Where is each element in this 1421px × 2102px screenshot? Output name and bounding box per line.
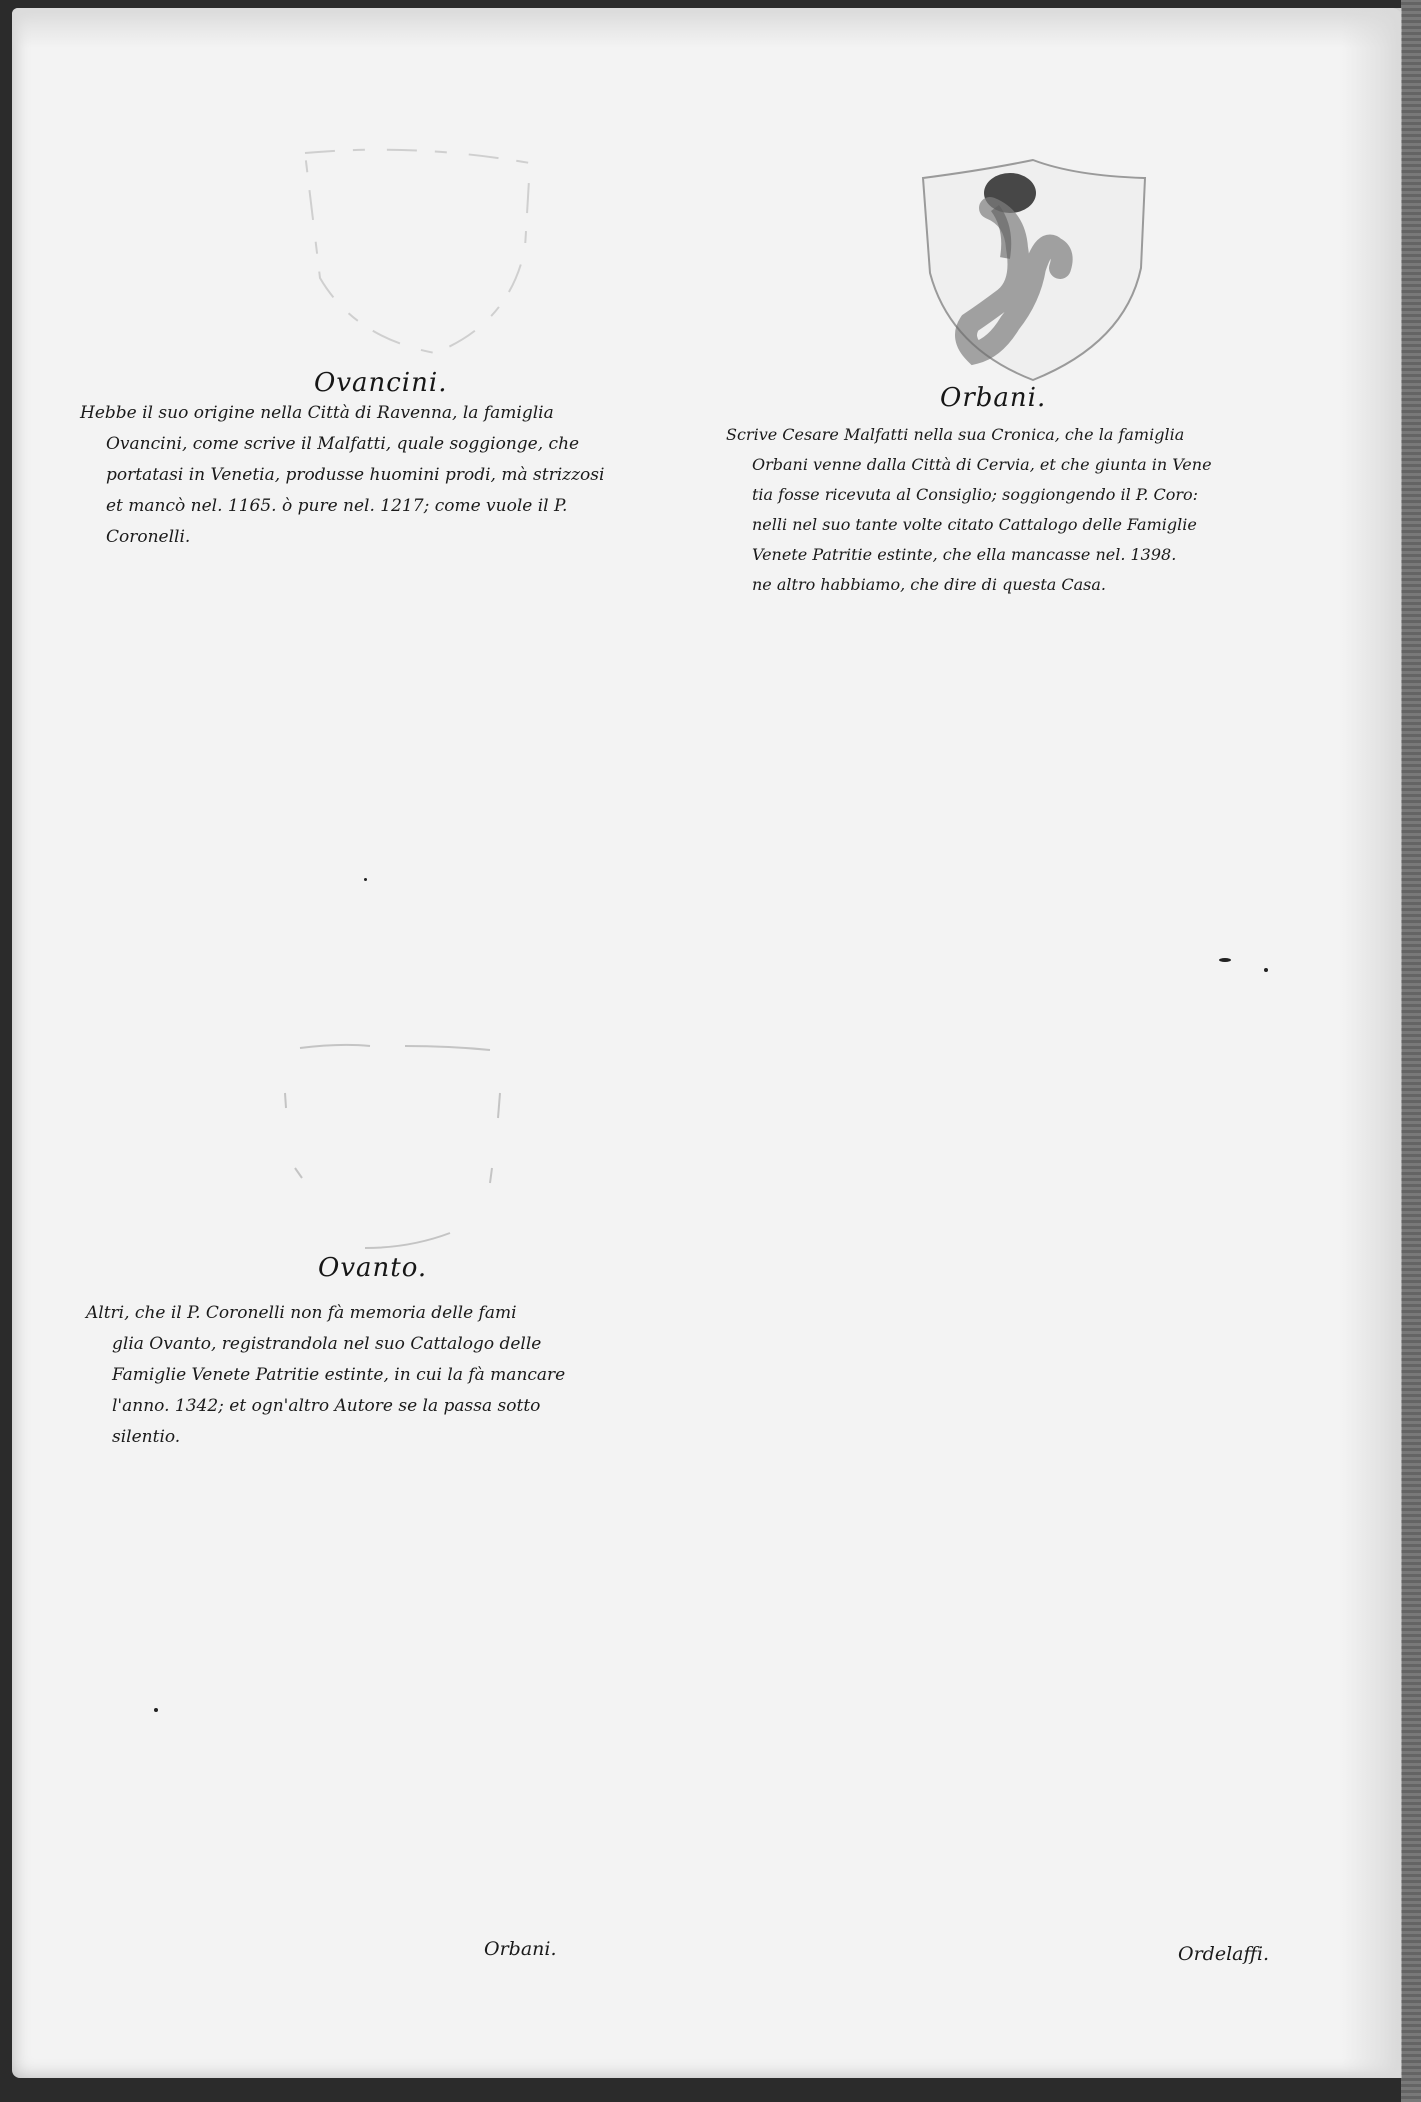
text-line: glia Ovanto, registrandola nel suo Catta…	[86, 1329, 565, 1360]
text-line: Ovancini, come scrive il Malfatti, quale…	[80, 429, 604, 460]
text-line: l'anno. 1342; et ogn'altro Autore se la …	[86, 1391, 565, 1422]
text-line: Famiglie Venete Patritie estinte, in cui…	[86, 1360, 565, 1391]
ink-speck	[154, 1708, 158, 1712]
empty-shield-icon	[270, 1018, 510, 1258]
catchword-center: Orbani.	[484, 1938, 557, 1960]
entry-text-ovancini: Hebbe il suo origine nella Città di Rave…	[80, 398, 604, 553]
text-line: Coronelli.	[80, 522, 604, 553]
coat-of-arms-shield-icon	[905, 148, 1165, 388]
text-line: Venete Patritie estinte, che ella mancas…	[726, 540, 1212, 570]
text-line: tia fosse ricevuta al Consiglio; soggion…	[726, 480, 1212, 510]
text-line: Hebbe il suo origine nella Città di Rave…	[80, 398, 604, 429]
manuscript-page: Ovancini. Hebbe il suo origine nella Cit…	[12, 8, 1402, 2078]
entry-title-ovanto: Ovanto.	[318, 1253, 427, 1283]
entry-title-ovancini: Ovancini.	[314, 368, 447, 398]
entry-title-orbani: Orbani.	[940, 383, 1046, 413]
text-line: Altri, che il P. Coronelli non fà memori…	[86, 1298, 565, 1329]
text-line: ne altro habbiamo, che dire di questa Ca…	[726, 570, 1212, 600]
ink-speck	[1219, 958, 1231, 962]
catchword-right: Ordelaffi.	[1178, 1943, 1269, 1965]
entry-text-ovanto: Altri, che il P. Coronelli non fà memori…	[86, 1298, 565, 1453]
text-line: Orbani venne dalla Città di Cervia, et c…	[726, 450, 1212, 480]
entry-text-orbani: Scrive Cesare Malfatti nella sua Cronica…	[726, 420, 1212, 600]
page-edge	[1401, 0, 1421, 2102]
text-line: portatasi in Venetia, produsse huomini p…	[80, 460, 604, 491]
ink-speck	[364, 878, 367, 881]
ink-speck	[1264, 968, 1268, 972]
empty-shield-icon	[285, 138, 545, 368]
text-line: Scrive Cesare Malfatti nella sua Cronica…	[726, 420, 1212, 450]
text-line: silentio.	[86, 1422, 565, 1453]
text-line: et mancò nel. 1165. ò pure nel. 1217; co…	[80, 491, 604, 522]
text-line: nelli nel suo tante volte citato Cattalo…	[726, 510, 1212, 540]
